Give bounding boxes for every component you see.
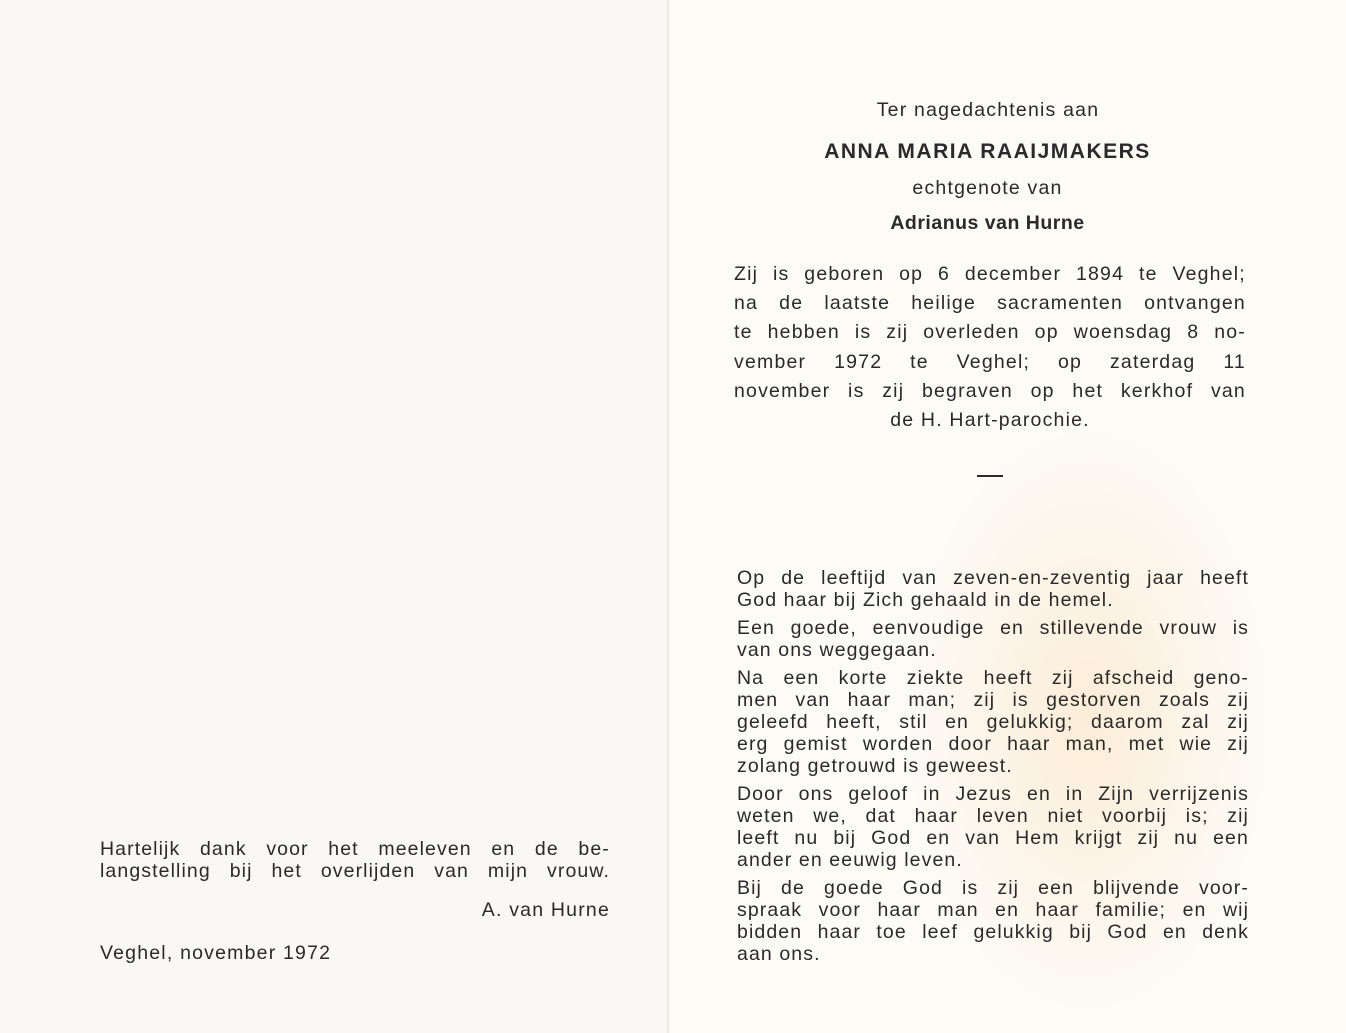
memorial-paragraph: Opdeleeftijdvanzeven-en-zeventigjaarheef… [737,567,1249,611]
text-line: zolang getrouwd is geweest. [737,755,1249,777]
memorial-paragraph: DooronsgeloofinJezuseninZijnverrijzenisw… [737,783,1249,871]
intro-text: Ter nagedachtenis aan [863,99,1113,122]
text-line: biddenhaartoeleefgelukkigbijGodendenk [737,921,1249,943]
place-date: Veghel, november 1972 [100,942,331,965]
text-line: Zijisgeborenop6december1894teVeghel; [734,260,1246,289]
relation-text: echtgenote van [870,177,1105,200]
text-line: novemberiszijbegravenophetkerkhofvan [734,377,1246,406]
text-line: vember1972teVeghel;opzaterdag11 [734,348,1246,377]
signature: A. van Hurne [460,899,610,922]
memorial-paragraph: Naeenkorteziekteheeftzijafscheidgeno-men… [737,667,1249,777]
text-line: tehebbeniszijoverledenopwoensdag8no- [734,318,1246,347]
memorial-text: Opdeleeftijdvanzeven-en-zeventigjaarheef… [737,567,1249,971]
text-line: menvanhaarman;zijisgestorvenzoalszij [737,689,1249,711]
text-line: BijdegoedeGodiszijeenblijvendevoor- [737,877,1249,899]
text-line: aan ons. [737,943,1249,965]
text-line: DooronsgeloofinJezuseninZijnverrijzenis [737,783,1249,805]
card-fold [667,0,670,1033]
text-line: de H. Hart-parochie. [734,406,1246,435]
text-line: wetenwe,dathaarlevennietvoorbijis;zij [737,805,1249,827]
text-line: Hartelijkdankvoorhetmeelevenendebe- [100,838,610,860]
text-line: God haar bij Zich gehaald in de hemel. [737,589,1249,611]
spouse-name: Adrianus van Hurne [860,212,1115,235]
text-line: leeftnubijGodenvanHemkrijgtzijnueen [737,827,1249,849]
divider [977,475,1003,477]
memorial-paragraph: BijdegoedeGodiszijeenblijvendevoor-spraa… [737,877,1249,965]
deceased-name: ANNA MARIA RAAIJMAKERS [800,140,1175,164]
text-line: nadelaatsteheiligesacramentenontvangen [734,289,1246,318]
text-line: ander en eeuwig leven. [737,849,1249,871]
text-line: spraakvoorhaarmanenhaarfamilie;enwij [737,899,1249,921]
text-line: van ons weggegaan. [737,639,1249,661]
text-line: langstellingbijhetoverlijdenvanmijnvrouw… [100,860,610,882]
text-line: Eengoede,eenvoudigeenstillevendevrouwis [737,617,1249,639]
text-line: Opdeleeftijdvanzeven-en-zeventigjaarheef… [737,567,1249,589]
thanks-text: Hartelijkdankvoorhetmeelevenendebe-langs… [100,838,610,882]
text-line: erggemistwordendoorhaarman,metwiezij [737,733,1249,755]
text-line: Naeenkorteziekteheeftzijafscheidgeno- [737,667,1249,689]
memorial-paragraph: Eengoede,eenvoudigeenstillevendevrouwisv… [737,617,1249,661]
text-line: geleefdheeft,stilengelukkig;daaromzalzij [737,711,1249,733]
biography: Zijisgeborenop6december1894teVeghel;nade… [734,260,1246,435]
